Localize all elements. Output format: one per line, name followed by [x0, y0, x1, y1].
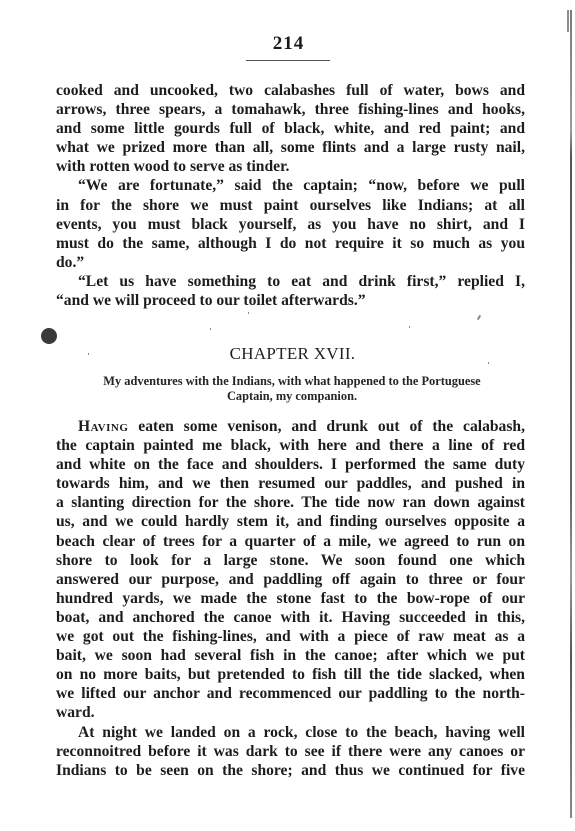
text-line: beach clear of trees for a quarter of a … [56, 532, 525, 551]
text-line: At night we landed on a rock, close to t… [56, 723, 525, 742]
paragraph-having-eaten: Having eaten some venison, and drunk out… [56, 417, 525, 723]
text-line: arrows, three spears, a tomahawk, three … [56, 100, 525, 119]
page-edge-shadow [570, 10, 572, 818]
text-line: Having eaten some venison, and drunk out… [56, 417, 525, 436]
text-line: boat, and anchored the canoe with it. Ha… [56, 608, 525, 627]
text-line: do.” [56, 253, 525, 272]
text-line: with rotten wood to serve as tinder. [56, 157, 525, 176]
text-line-rest: eaten some venison, and drunk out of the… [128, 418, 525, 435]
text-line: shore to look for a large stone. We soon… [56, 551, 525, 570]
text-line: in for the shore we must paint ourselves… [56, 196, 525, 215]
paragraph-continuation: cooked and uncooked, two calabashes full… [56, 81, 525, 176]
paragraph-captain-speech: “We are fortunate,” said the captain; “n… [56, 176, 525, 271]
scan-speck [409, 326, 410, 328]
text-line: and some little gourds full of black, wh… [56, 119, 525, 138]
scan-speck [210, 328, 211, 330]
chapter-title: CHAPTER XVII. [0, 344, 575, 364]
text-line: “We are fortunate,” said the captain; “n… [56, 176, 525, 195]
header-rule [246, 60, 330, 61]
text-line: us, and we could hardly stem it, and fin… [56, 512, 525, 531]
chapter-text-block: Having eaten some venison, and drunk out… [56, 417, 525, 780]
text-line: a slanting direction for the shore. The … [56, 493, 525, 512]
drop-word-smallcaps: Having [78, 418, 128, 435]
paragraph-at-night: At night we landed on a rock, close to t… [56, 723, 525, 780]
text-line: Indians to be seen on the shore; and thu… [56, 761, 525, 780]
chapter-subtitle: My adventures with the Indians, with wha… [56, 374, 528, 404]
paragraph-reply: “Let us have something to eat and drink … [56, 272, 525, 310]
text-line: events, you must black yourself, as you … [56, 215, 525, 234]
scan-speck [477, 315, 481, 320]
text-line: reconnoitred before it was dark to see i… [56, 742, 525, 761]
scan-speck [248, 312, 249, 314]
margin-ink-dot [41, 328, 57, 344]
text-line: cooked and uncooked, two calabashes full… [56, 81, 525, 100]
text-line: what we prized more than all, some flint… [56, 138, 525, 157]
text-line: “Let us have something to eat and drink … [56, 272, 525, 291]
text-line: answered our purpose, and paddling off a… [56, 570, 525, 589]
text-line: must do the same, although I do not requ… [56, 234, 525, 253]
chapter-subtitle-line: My adventures with the Indians, with wha… [56, 374, 528, 389]
book-page: 214 cooked and uncooked, two calabashes … [0, 0, 575, 831]
text-line: and white on the face and shoulders. I p… [56, 455, 525, 474]
text-line: we got out the fishing-lines, and with a… [56, 627, 525, 646]
text-line: on no more baits, but pretended to fish … [56, 665, 525, 684]
chapter-subtitle-line: Captain, my companion. [56, 389, 528, 404]
text-line: hundred yards, we made the stone fast to… [56, 589, 525, 608]
text-line: we lifted our anchor and recommenced our… [56, 684, 525, 703]
text-line: ward. [56, 703, 525, 722]
page-edge-shadow [567, 10, 569, 32]
text-line: the captain painted me black, with here … [56, 436, 525, 455]
opening-text-block: cooked and uncooked, two calabashes full… [56, 81, 525, 310]
page-number: 214 [0, 33, 575, 55]
text-line: towards him, and we then resumed our pad… [56, 474, 525, 493]
text-line: “and we will proceed to our toilet after… [56, 291, 525, 310]
text-line: bait, we soon had several fish in the ca… [56, 646, 525, 665]
